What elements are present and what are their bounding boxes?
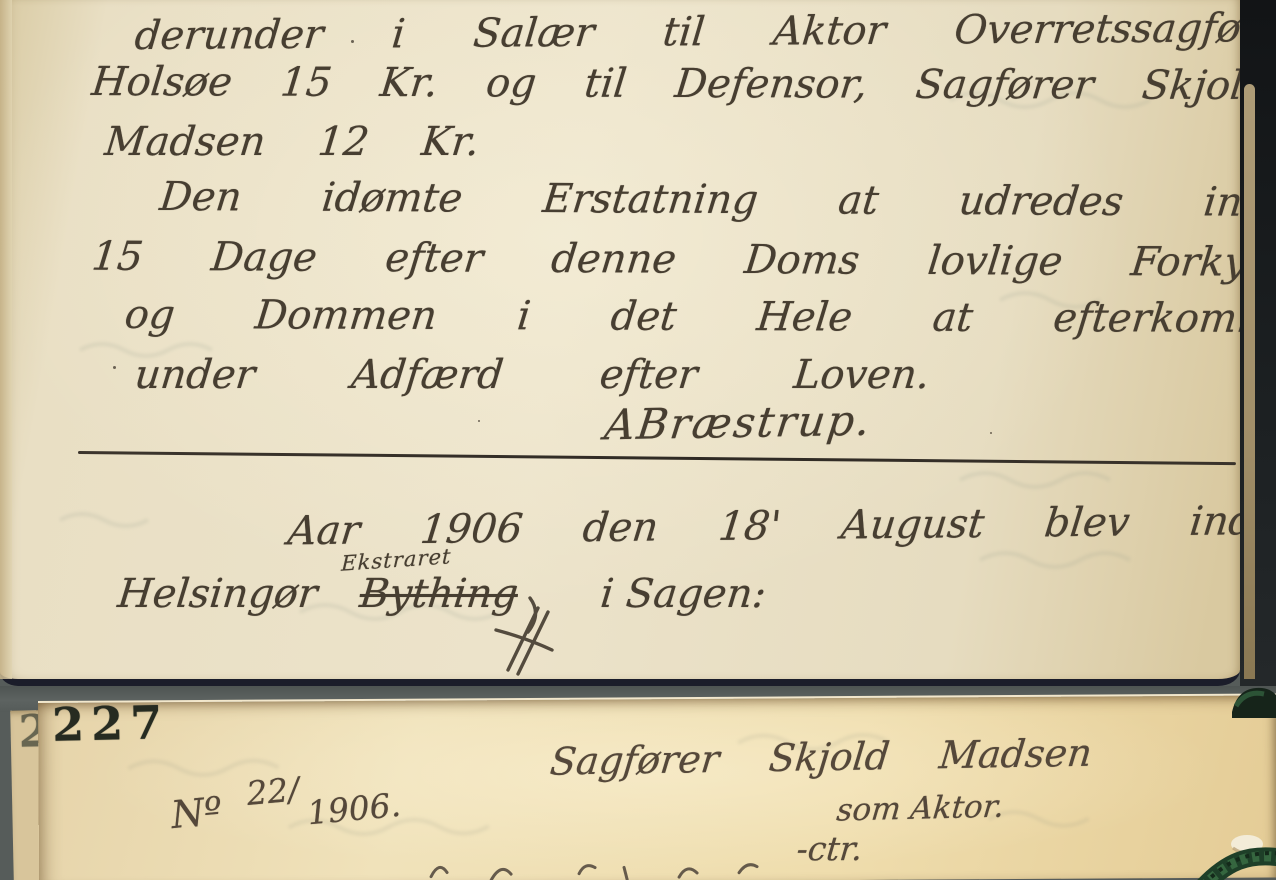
entry-place-line: Helsingør Bything i Sagen: Ekstraret [116, 574, 768, 614]
handwritten-line: derunder i Salær til Aktor Overretssagfø… [133, 8, 1276, 56]
ink-speck [351, 40, 354, 43]
handwritten-line: Den idømte Erstatning at udredes inden [158, 177, 1276, 223]
judge-signature: ABræstrup. [602, 400, 874, 447]
ink-speck [990, 432, 992, 434]
handwritten-line: og Dommen i det Hele at efterkommes [123, 295, 1276, 339]
ink-speck [113, 366, 116, 369]
place-word: Helsingør [116, 574, 319, 614]
handwritten-line: 15 Dage efter denne Doms lovlige Forkynd… [90, 237, 1276, 284]
deletion-mark [486, 596, 560, 680]
handwritten-line: Madsen 12 Kr. [103, 122, 481, 162]
handwritten-line: Holsøe 15 Kr. og til Defensor, Sagfører … [90, 62, 1271, 106]
page-top: derunder i Salær til Aktor Overretssagfø… [0, 0, 1240, 686]
page-bottom: 227 Nº 22/ 1906. Sagfører Skjold Madsen … [38, 693, 1276, 880]
cutoff-line-strokes [38, 695, 1276, 880]
handwritten-line: under Adfærd efter Loven. [133, 355, 932, 395]
scanner-background [1240, 0, 1276, 686]
ink-speck [478, 420, 480, 422]
entry-after-word: i Sagen: [599, 574, 768, 614]
book-fore-edge [1244, 84, 1255, 679]
entry-date-line: Aar 1906 den 18' August blev inden [286, 501, 1276, 552]
archival-scan: derunder i Salær til Aktor Overretssagfø… [0, 0, 1276, 880]
